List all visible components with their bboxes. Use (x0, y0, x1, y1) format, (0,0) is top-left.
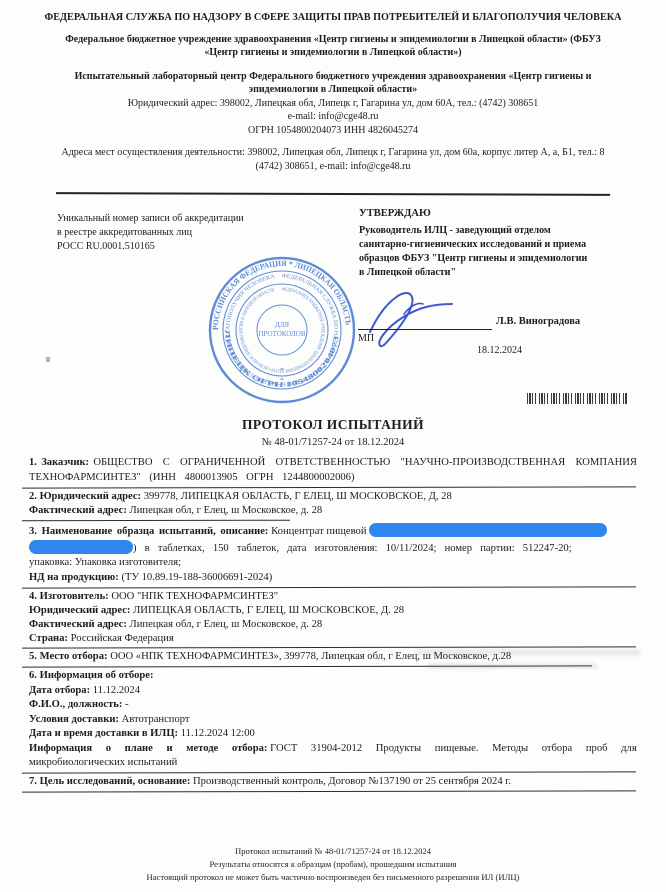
header-agency: ФЕДЕРАЛЬНАЯ СЛУЖБА ПО НАДЗОРУ В СФЕРЕ ЗА… (37, 11, 629, 25)
delivery-datetime-row: Дата и время доставки в ИЛЦ: 11.12.2024 … (29, 727, 637, 742)
header-institution: Федеральное бюджетное учреждение здравоо… (59, 33, 607, 60)
approval-title: УТВЕРЖДАЮ (359, 207, 609, 221)
section-customer-label: 1. Заказчик: (29, 457, 89, 468)
footer-protocol-number: Протокол испытаний № 48-01/71257-24 от 1… (0, 845, 666, 858)
stamp-center-line2: ПРОТОКОЛОВ (258, 330, 305, 338)
sample-text-packaging: упаковка: Упаковка изготовителя; (29, 557, 181, 568)
section-customer-text: ОБЩЕСТВО С ОГРАНИЧЕННОЙ ОТВЕТСТВЕННОСТЬЮ… (29, 457, 637, 483)
actual-address-text: Липецкая обл, г Елец, ш Московское, д. 2… (130, 505, 323, 516)
section-divider (22, 771, 636, 773)
sampling-person-value: - (125, 699, 129, 710)
approval-body: Руководитель ИЛЦ - заведующий отделом са… (359, 224, 589, 280)
sampling-info-heading: 6. Информация об отборе: (29, 670, 154, 681)
delivery-conditions-label: Условия доставки: (29, 714, 119, 725)
redaction-block (369, 523, 607, 537)
sample-text-mid: ) в таблетках, 150 таблеток, дата изгото… (133, 543, 572, 554)
manufacturer-text: ООО "НПК ТЕХНОФАРМСИНТЕЗ" (111, 591, 278, 602)
purpose-label: 7. Цель исследований, основание: (29, 776, 190, 787)
header-divider (56, 192, 610, 196)
header-lab-center: Испытательный лабораторный центр Федерал… (52, 70, 614, 97)
barcode (527, 393, 628, 404)
section-divider (22, 520, 290, 522)
approval-date: 18.12.2024 (477, 345, 522, 356)
protocol-number: № 48-01/71257-24 от 18.12.2024 (0, 437, 666, 448)
sampling-method-row: Информация о плане и методе отбора: ГОСТ… (29, 742, 637, 771)
official-round-stamp: РОССИЙСКАЯ ФЕДЕРАЦИЯ * ЛИПЕЦКАЯ ОБЛАСТЬ … (206, 254, 358, 406)
header-legal-address: Юридический адрес: 398002, Липецкая обл,… (33, 97, 633, 111)
section-sample: 3. Наименование образца испытаний, описа… (29, 523, 637, 571)
sampling-date-row: Дата отбора: 11.12.2024 (29, 684, 637, 699)
footer-results-note: Результаты относятся к образцам (пробам)… (0, 858, 666, 871)
accreditation-line: Уникальный номер записи об аккредитации (57, 212, 244, 226)
delivery-datetime-label: Дата и время доставки в ИЛЦ: (29, 728, 178, 739)
accreditation-number: РОСС RU.0001.510165 (57, 240, 244, 254)
document-footer: Протокол испытаний № 48-01/71257-24 от 1… (0, 845, 666, 884)
section-customer: 1. Заказчик: ОБЩЕСТВО С ОГРАНИЧЕННОЙ ОТВ… (29, 456, 637, 485)
manufacturer-legal-address: Юридический адрес: ЛИПЕЦКАЯ ОБЛАСТЬ, Г Е… (29, 604, 637, 618)
manufacturer-country: Страна: Российская Федерация (29, 632, 637, 646)
delivery-conditions-value: Автотранспорт (122, 714, 190, 725)
delivery-datetime-value: 11.12.2024 12:00 (181, 728, 255, 739)
manufacturer-actual-label: Фактический адрес: (29, 619, 127, 630)
sampling-method-label: Информация о плане и методе отбора: (29, 743, 267, 754)
section-divider (22, 790, 636, 792)
nd-label: НД на продукцию: (29, 572, 119, 583)
purpose-text: Производственный контроль, Договор №1371… (193, 776, 511, 787)
accreditation-line: в реестре аккредитованных лиц (57, 226, 244, 240)
sample-text-before: Концентрат пищевой (271, 526, 366, 537)
legal-address-label: 2. Юридический адрес: (29, 491, 141, 502)
signer-name: Л.В. Виноградова (496, 316, 580, 327)
sampling-date-value: 11.12.2024 (93, 685, 140, 696)
section-divider (22, 586, 636, 588)
sampling-date-label: Дата отбора: (29, 685, 90, 696)
section-nd: НД на продукцию: (ТУ 10.89.19-188-360066… (29, 571, 637, 586)
accreditation-block: Уникальный номер записи об аккредитации … (57, 212, 244, 254)
section-divider (22, 486, 636, 488)
protocol-sections: 1. Заказчик: ОБЩЕСТВО С ОГРАНИЧЕННОЙ ОТВ… (29, 456, 637, 794)
scan-speck (46, 357, 50, 362)
approval-block: УТВЕРЖДАЮ Руководитель ИЛЦ - заведующий … (359, 207, 609, 280)
footer-reproduction-note: Настоящий протокол не может быть частичн… (0, 871, 666, 884)
redaction-block (29, 540, 133, 554)
protocol-title: ПРОТОКОЛ ИСПЫТАНИЙ (0, 417, 666, 433)
country-label: Страна: (29, 633, 68, 644)
header-ogrn-inn: ОГРН 1054800204073 ИНН 4826045274 (33, 124, 633, 138)
header-activity-addresses: Адреса мест осуществления деятельности: … (49, 146, 617, 174)
section-legal-address: 2. Юридический адрес: 399778, ЛИПЕЦКАЯ О… (29, 490, 637, 505)
document-letterhead: ФЕДЕРАЛЬНАЯ СЛУЖБА ПО НАДЗОРУ В СФЕРЕ ЗА… (0, 11, 666, 173)
sampling-place-label: 5. Место отбора: (29, 651, 108, 662)
document-page: ФЕДЕРАЛЬНАЯ СЛУЖБА ПО НАДЗОРУ В СФЕРЕ ЗА… (0, 0, 666, 892)
legal-address-text: 399778, ЛИПЕЦКАЯ ОБЛАСТЬ, Г ЕЛЕЦ, Ш МОСК… (144, 491, 452, 502)
manufacturer-actual-address: Фактический адрес: Липецкая обл, г Елец,… (29, 618, 637, 632)
sampling-person-row: Ф.И.О., должность: - (29, 698, 637, 713)
section-purpose: 7. Цель исследований, основание: Произво… (29, 775, 637, 790)
sampling-method-value-line1: ГОСТ 31904-2012 Продукты пищевые. Методы… (270, 743, 637, 754)
actual-address-label: Фактический адрес: (29, 505, 127, 516)
section-sampling-info-heading: 6. Информация об отборе: (29, 669, 637, 684)
manufacturer-label: 4. Изготовитель: (29, 591, 109, 602)
manufacturer-legal-label: Юридический адрес: (29, 605, 130, 616)
protocol-title-block: ПРОТОКОЛ ИСПЫТАНИЙ № 48-01/71257-24 от 1… (0, 417, 666, 448)
section-manufacturer: 4. Изготовитель: ООО "НПК ТЕХНОФАРМСИНТЕ… (29, 590, 637, 604)
nd-text: (ТУ 10.89.19-188-36006691-2024) (121, 572, 272, 583)
stamp-center-line1: ДЛЯ (275, 321, 290, 329)
header-email: e-mail: info@cge48.ru (33, 110, 633, 124)
sample-label: 3. Наименование образца испытаний, описа… (29, 526, 268, 537)
manufacturer-actual-text: Липецкая обл, г Елец, ш Московское, д. 2… (130, 619, 323, 630)
delivery-conditions-row: Условия доставки: Автотранспорт (29, 713, 637, 728)
country-text: Российская Федерация (71, 633, 174, 644)
bleed-through-mark (428, 663, 598, 669)
sampling-method-value-line2: микробиологических испытаний (29, 757, 177, 768)
stamp-place-label: МП (358, 333, 374, 344)
sampling-person-label: Ф.И.О., должность: (29, 699, 122, 710)
manufacturer-legal-text: ЛИПЕЦКАЯ ОБЛАСТЬ, Г ЕЛЕЦ, Ш МОСКОВСКОЕ, … (133, 605, 404, 616)
signature-line (358, 329, 492, 330)
section-actual-address: Фактический адрес: Липецкая обл, г Елец,… (29, 504, 637, 519)
bleed-through-mark (415, 649, 640, 656)
stamp-star-icon: * (280, 376, 284, 385)
stamp-star-icon: * (280, 366, 284, 375)
